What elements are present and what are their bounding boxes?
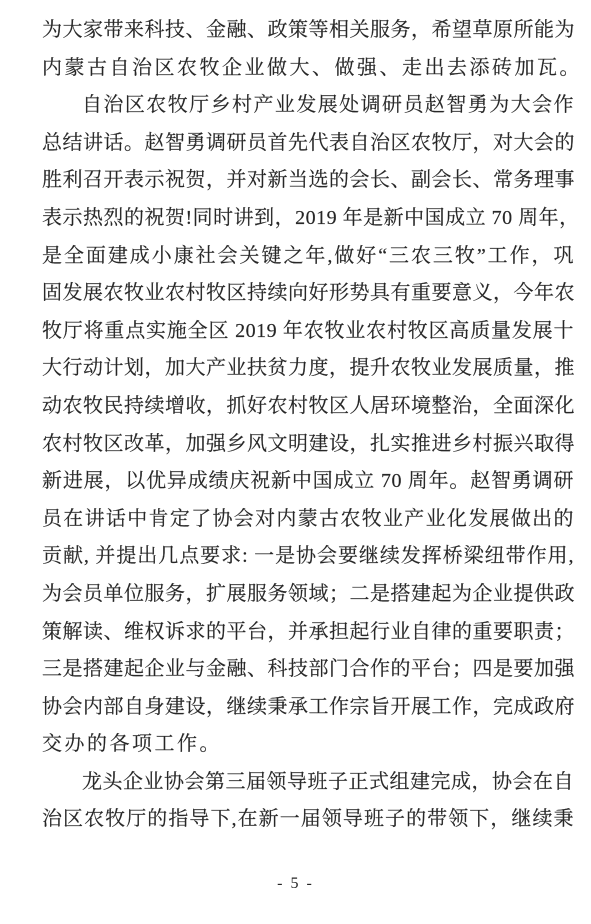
document-body: 为大家带来科技、金融、政策等相关服务，希望草原所能为 内蒙古自治区农牧企业做大、… [42, 12, 574, 839]
body-text-line: 农村牧区改革，加强乡风文明建设，扎实推进乡村振兴取得 [42, 426, 574, 464]
body-text-line: 大行动计划，加大产业扶贫力度，提升农牧业发展质量，推 [42, 350, 574, 388]
body-text-line: 固发展农牧业农村牧区持续向好形势具有重要意义，今年农 [42, 275, 574, 313]
body-text-line: 是全面建成小康社会关键之年,做好“三农三牧”工作，巩 [42, 238, 574, 276]
body-text-line: 协会内部自身建设，继续秉承工作宗旨开展工作，完成政府 [42, 689, 574, 727]
body-text-line: 牧厅将重点实施全区 2019 年农牧业农村牧区高质量发展十 [42, 313, 574, 351]
body-text-line: 策解读、维权诉求的平台，并承担起行业自律的重要职责； [42, 614, 574, 652]
body-text-line: 龙头企业协会第三届领导班子正式组建完成，协会在自 [42, 764, 574, 802]
body-text-line: 员在讲话中肯定了协会对内蒙古农牧业产业化发展做出的 [42, 501, 574, 539]
body-text-line: 胜利召开表示祝贺，并对新当选的会长、副会长、常务理事 [42, 162, 574, 200]
body-text-line: 总结讲话。赵智勇调研员首先代表自治区农牧厅，对大会的 [42, 125, 574, 163]
body-text-line: 贡献, 并提出几点要求: 一是协会要继续发挥桥梁纽带作用, [42, 538, 574, 576]
body-text-line: 新进展，以优异成绩庆祝新中国成立 70 周年。赵智勇调研 [42, 463, 574, 501]
body-text-line: 表示热烈的祝贺!同时讲到，2019 年是新中国成立 70 周年， [42, 200, 574, 238]
body-text-line: 为大家带来科技、金融、政策等相关服务，希望草原所能为 [42, 12, 574, 50]
document-page: 为大家带来科技、金融、政策等相关服务，希望草原所能为 内蒙古自治区农牧企业做大、… [0, 0, 591, 924]
body-text-line: 交办的各项工作。 [42, 726, 574, 764]
body-text-line: 为会员单位服务，扩展服务领域；二是搭建起为企业提供政 [42, 576, 574, 614]
page-number: - 5 - [277, 875, 314, 892]
body-text-line: 治区农牧厅的指导下,在新一届领导班子的带领下，继续秉 [42, 801, 574, 839]
body-text-line: 内蒙古自治区农牧企业做大、做强、走出去添砖加瓦。 [42, 50, 574, 88]
page-footer: - 5 - [0, 872, 591, 896]
body-text-line: 动农牧民持续增收，抓好农村牧区人居环境整治，全面深化 [42, 388, 574, 426]
body-text-line: 自治区农牧厅乡村产业发展处调研员赵智勇为大会作 [42, 87, 574, 125]
body-text-line: 三是搭建起企业与金融、科技部门合作的平台；四是要加强 [42, 651, 574, 689]
